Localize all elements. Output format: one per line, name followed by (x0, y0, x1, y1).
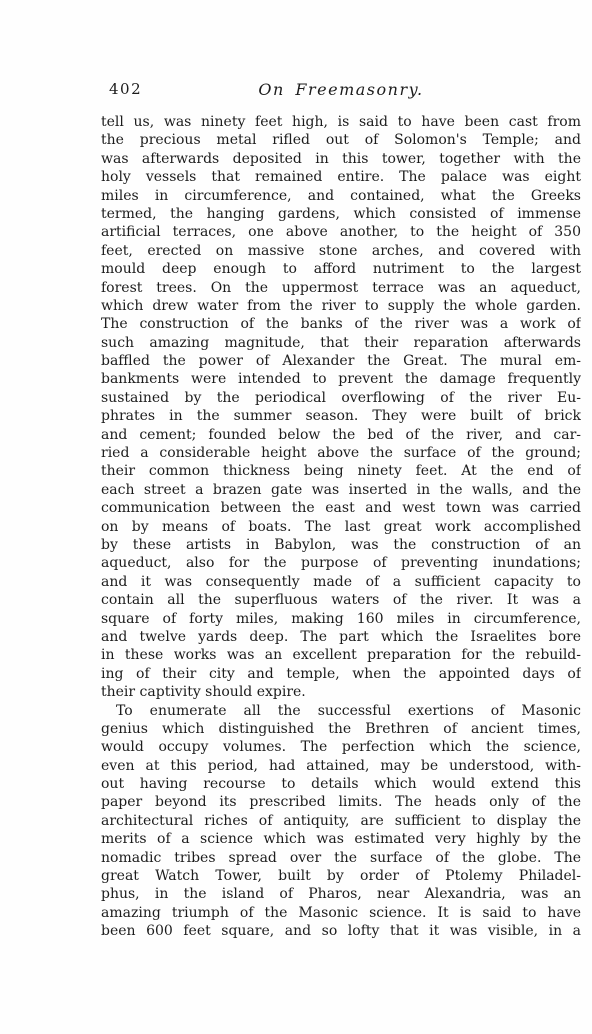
text-line: ried a considerable height above the sur… (101, 444, 581, 462)
text-line: artificial terraces, one above another, … (101, 223, 581, 241)
paragraph-1: tell us, was ninety feet high, is said t… (101, 113, 581, 702)
running-title: On Freemasonry. (101, 80, 581, 99)
text-line: bankments were intended to prevent the d… (101, 370, 581, 388)
text-line: baffled the power of Alexander the Great… (101, 352, 581, 370)
text-line: in these works was an excellent preparat… (101, 646, 581, 664)
text-line: To enumerate all the successful exertion… (101, 702, 581, 720)
text-line: communication between the east and west … (101, 499, 581, 517)
text-line: and cement; founded below the bed of the… (101, 426, 581, 444)
text-line: phrates in the summer season. They were … (101, 407, 581, 425)
text-line: feet, erected on massive stone arches, a… (101, 242, 581, 260)
text-line: termed, the hanging gardens, which consi… (101, 205, 581, 223)
text-line: sustained by the periodical overflowing … (101, 389, 581, 407)
text-line: their captivity should expire. (101, 683, 581, 701)
text-line: even at this period, had attained, may b… (101, 757, 581, 775)
text-line: was afterwards deposited in this tower, … (101, 150, 581, 168)
text-line: such amazing magnitude, that their repar… (101, 334, 581, 352)
text-line: miles in circumference, and contained, w… (101, 187, 581, 205)
text-line: contain all the superfluous waters of th… (101, 591, 581, 609)
text-line: their common thickness being ninety feet… (101, 462, 581, 480)
text-line: phus, in the island of Pharos, near Alex… (101, 885, 581, 903)
text-line: great Watch Tower, built by order of Pto… (101, 867, 581, 885)
text-line: merits of a science which was estimated … (101, 830, 581, 848)
text-line: architectural riches of antiquity, are s… (101, 812, 581, 830)
text-line: aqueduct, also for the purpose of preven… (101, 554, 581, 572)
text-line: amazing triumph of the Masonic science. … (101, 904, 581, 922)
text-line: each street a brazen gate was inserted i… (101, 481, 581, 499)
text-line: which drew water from the river to suppl… (101, 297, 581, 315)
text-block: 402 On Freemasonry. tell us, was ninety … (101, 80, 581, 941)
text-line: genius which distinguished the Brethren … (101, 720, 581, 738)
text-line: the precious metal rifled out of Solomon… (101, 131, 581, 149)
text-line: mould deep enough to afford nutriment to… (101, 260, 581, 278)
text-line: by these artists in Babylon, was the con… (101, 536, 581, 554)
text-line: nomadic tribes spread over the surface o… (101, 849, 581, 867)
paragraph-2: To enumerate all the successful exertion… (101, 702, 581, 941)
text-line: The construction of the banks of the riv… (101, 315, 581, 333)
text-line: on by means of boats. The last great wor… (101, 518, 581, 536)
text-line: and twelve yards deep. The part which th… (101, 628, 581, 646)
text-line: square of forty miles, making 160 miles … (101, 610, 581, 628)
book-page: 402 On Freemasonry. tell us, was ninety … (0, 0, 592, 1034)
text-line: tell us, was ninety feet high, is said t… (101, 113, 581, 131)
text-line: out having recourse to details which wou… (101, 775, 581, 793)
page-number: 402 (109, 80, 142, 98)
text-line: forest trees. On the uppermost terrace w… (101, 279, 581, 297)
text-line: ing of their city and temple, when the a… (101, 665, 581, 683)
text-line: paper beyond its prescribed limits. The … (101, 793, 581, 811)
text-line: holy vessels that remained entire. The p… (101, 168, 581, 186)
text-line: would occupy volumes. The perfection whi… (101, 738, 581, 756)
page-header: 402 On Freemasonry. (101, 80, 581, 113)
body-text: tell us, was ninety feet high, is said t… (101, 113, 581, 941)
text-line: and it was consequently made of a suffic… (101, 573, 581, 591)
text-line: been 600 feet square, and so lofty that … (101, 922, 581, 940)
